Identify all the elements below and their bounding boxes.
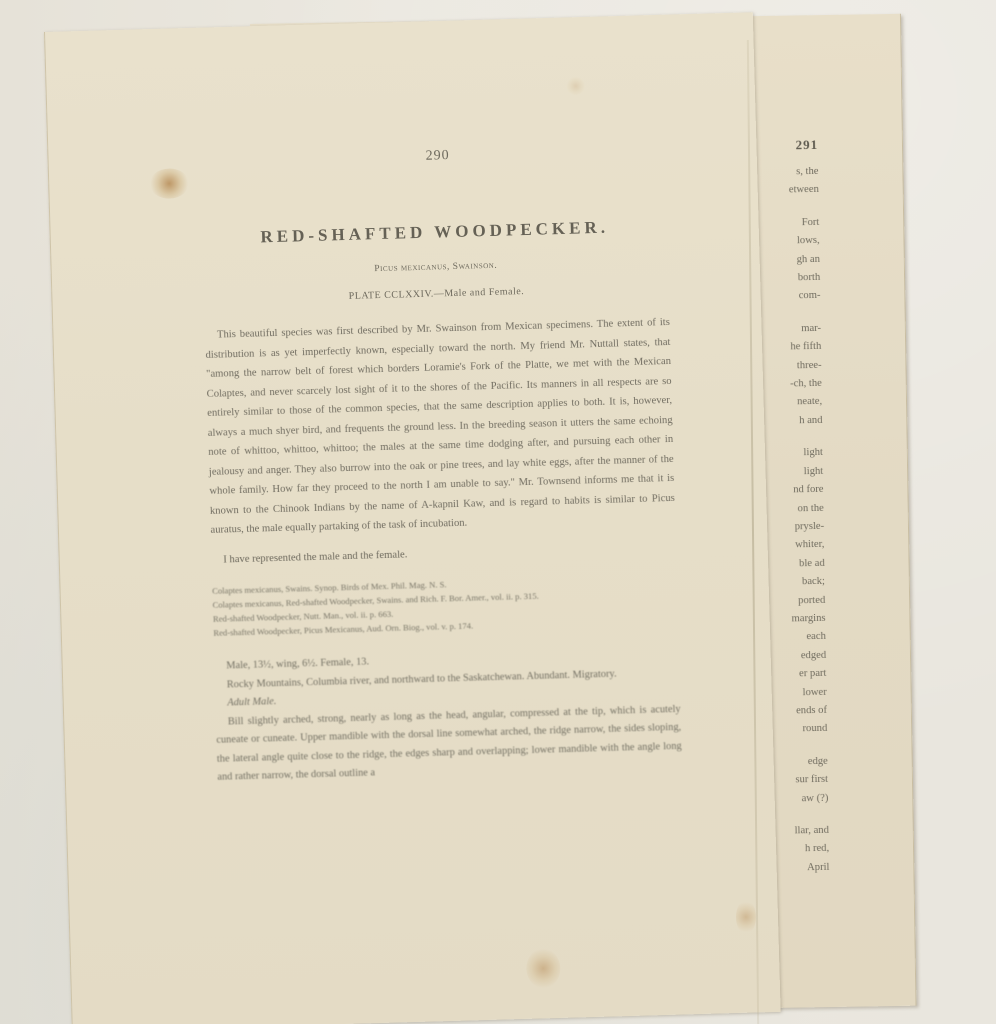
text-fragment: ble ad [755, 555, 825, 575]
line-gap [759, 808, 829, 823]
text-fragment: back; [755, 573, 825, 593]
body-paragraph: This beautiful species was first describ… [205, 313, 676, 540]
text-fragment: round [757, 720, 827, 740]
description-paragraph: Bill slightly arched, strong, nearly as … [216, 700, 683, 787]
text-fragment: llar, and [759, 822, 829, 842]
scientific-name: Picus mexicanus, Swainson. [203, 256, 668, 279]
text-fragment: aw (?) [758, 789, 828, 809]
species-details: Male, 13½, wing, 6½. Female, 13. Rocky M… [214, 645, 682, 787]
text-fragment: gh an [750, 251, 820, 271]
line-gap [749, 200, 819, 215]
text-fragment: each [756, 628, 826, 648]
text-fragment: s, the [748, 163, 818, 183]
back-page-text: 291 s, theetweenFortlows,gh anborthcom-m… [748, 137, 830, 878]
text-fragment: etween [749, 181, 819, 201]
text-fragment: prysle- [754, 518, 824, 538]
text-fragment: on the [754, 499, 824, 519]
plate-caption: PLATE CCLXXIV.—Male and Female. [204, 282, 669, 306]
page-number-291: 291 [748, 137, 818, 154]
line-gap [753, 430, 823, 445]
front-page-text: 290 RED-SHAFTED WOODPECKER. Picus mexica… [200, 142, 682, 787]
line-gap [751, 306, 821, 321]
back-page-fragments: s, theetweenFortlows,gh anborthcom-mar-h… [748, 163, 829, 878]
text-fragment: three- [751, 357, 821, 377]
body-paragraph: I have represented the male and the fema… [211, 538, 676, 570]
text-fragment: whiter, [754, 536, 824, 556]
page-title: RED-SHAFTED WOODPECKER. [202, 216, 667, 249]
text-fragment: margins [755, 610, 825, 630]
foxing-stain [149, 168, 190, 199]
text-fragment: -ch, the [752, 375, 822, 395]
text-fragment: mar- [751, 320, 821, 340]
text-fragment: h red, [759, 840, 829, 860]
text-fragment: he fifth [751, 338, 821, 358]
foxing-stain [566, 77, 584, 95]
text-fragment: neate, [752, 393, 822, 413]
text-fragment: light [753, 463, 823, 483]
text-fragment: lows, [749, 232, 819, 252]
line-gap [757, 739, 827, 754]
text-fragment: er part [756, 665, 826, 685]
text-fragment: edge [758, 753, 828, 773]
text-fragment: light [753, 444, 823, 464]
synonymy-list: Colaptes mexicanus, Swains. Synop. Birds… [212, 571, 678, 640]
text-fragment: nd fore [753, 481, 823, 501]
text-fragment: April [759, 859, 829, 879]
text-fragment: h and [752, 412, 822, 432]
foxing-stain [736, 900, 756, 934]
text-fragment: ported [755, 591, 825, 611]
text-fragment: ends of [757, 702, 827, 722]
text-fragment: sur first [758, 771, 828, 791]
text-fragment: Fort [749, 214, 819, 234]
text-fragment: borth [750, 269, 820, 289]
foxing-stain [526, 948, 561, 989]
text-fragment: edged [756, 647, 826, 667]
text-fragment: lower [757, 683, 827, 703]
text-fragment: com- [750, 287, 820, 307]
